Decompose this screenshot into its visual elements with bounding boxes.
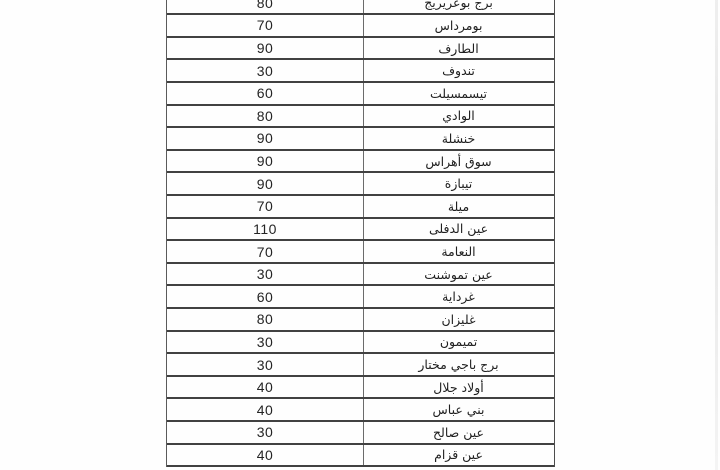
table-row: 40 بني عباس (167, 399, 554, 422)
value-cell: 110 (167, 219, 364, 240)
scanned-page: 80 برج بوعريريج 70 بومرداس 90 الطارف 30 … (0, 0, 720, 470)
value-cell: 40 (167, 445, 364, 466)
wilaya-name-cell: أولاد جلال (364, 377, 553, 398)
table-row: 80 برج بوعريريج (167, 0, 554, 15)
table-row: 110 عين الدفلى (167, 219, 554, 242)
value-cell: 40 (167, 399, 364, 420)
value-cell: 80 (167, 106, 364, 127)
value-cell: 30 (167, 422, 364, 443)
wilaya-name-cell: بني عباس (364, 399, 553, 420)
table-row: 60 غرداية (167, 286, 554, 309)
wilaya-name-cell: غرداية (364, 286, 553, 307)
wilaya-table: 80 برج بوعريريج 70 بومرداس 90 الطارف 30 … (166, 0, 555, 467)
wilaya-name-cell: الطارف (364, 38, 553, 59)
wilaya-name-cell: عين تموشنت (364, 264, 553, 285)
table-row: 90 تيبازة (167, 173, 554, 196)
value-cell: 70 (167, 241, 364, 262)
wilaya-name-cell: عين قزام (364, 445, 553, 466)
value-cell: 70 (167, 15, 364, 36)
table-row: 30 تميمون (167, 332, 554, 355)
wilaya-name-cell: ميلة (364, 196, 553, 217)
value-cell: 70 (167, 196, 364, 217)
table-row: 30 عين تموشنت (167, 264, 554, 287)
table-row: 40 أولاد جلال (167, 377, 554, 400)
value-cell: 90 (167, 128, 364, 149)
table-row: 70 بومرداس (167, 15, 554, 38)
table-row: 90 الطارف (167, 38, 554, 61)
value-cell: 80 (167, 0, 364, 13)
wilaya-name-cell: الوادي (364, 106, 553, 127)
table-row: 30 عين صالح (167, 422, 554, 445)
table-row: 80 غليزان (167, 309, 554, 332)
table-row: 90 سوق أهراس (167, 151, 554, 174)
wilaya-name-cell: تندوف (364, 60, 553, 81)
value-cell: 30 (167, 332, 364, 353)
wilaya-name-cell: عين الدفلى (364, 219, 553, 240)
table-row: 30 تندوف (167, 60, 554, 83)
value-cell: 60 (167, 286, 364, 307)
table-row: 80 الوادي (167, 106, 554, 129)
wilaya-name-cell: بومرداس (364, 15, 553, 36)
wilaya-name-cell: تميمون (364, 332, 553, 353)
value-cell: 90 (167, 173, 364, 194)
table-row: 90 خنشلة (167, 128, 554, 151)
wilaya-name-cell: تيسمسيلت (364, 83, 553, 104)
table-row: 70 ميلة (167, 196, 554, 219)
wilaya-name-cell: خنشلة (364, 128, 553, 149)
wilaya-name-cell: سوق أهراس (364, 151, 553, 172)
table-row: 70 النعامة (167, 241, 554, 264)
table-row: 40 عين قزام (167, 445, 554, 468)
wilaya-name-cell: تيبازة (364, 173, 553, 194)
wilaya-name-cell: النعامة (364, 241, 553, 262)
table-row: 60 تيسمسيلت (167, 83, 554, 106)
value-cell: 40 (167, 377, 364, 398)
value-cell: 80 (167, 309, 364, 330)
table-row: 30 برج باجي مختار (167, 354, 554, 377)
value-cell: 30 (167, 264, 364, 285)
value-cell: 90 (167, 38, 364, 59)
wilaya-name-cell: برج باجي مختار (364, 354, 553, 375)
wilaya-name-cell: عين صالح (364, 422, 553, 443)
wilaya-name-cell: برج بوعريريج (364, 0, 553, 13)
value-cell: 30 (167, 60, 364, 81)
scan-edge-artifact (715, 0, 718, 470)
wilaya-name-cell: غليزان (364, 309, 553, 330)
value-cell: 90 (167, 151, 364, 172)
value-cell: 60 (167, 83, 364, 104)
value-cell: 30 (167, 354, 364, 375)
